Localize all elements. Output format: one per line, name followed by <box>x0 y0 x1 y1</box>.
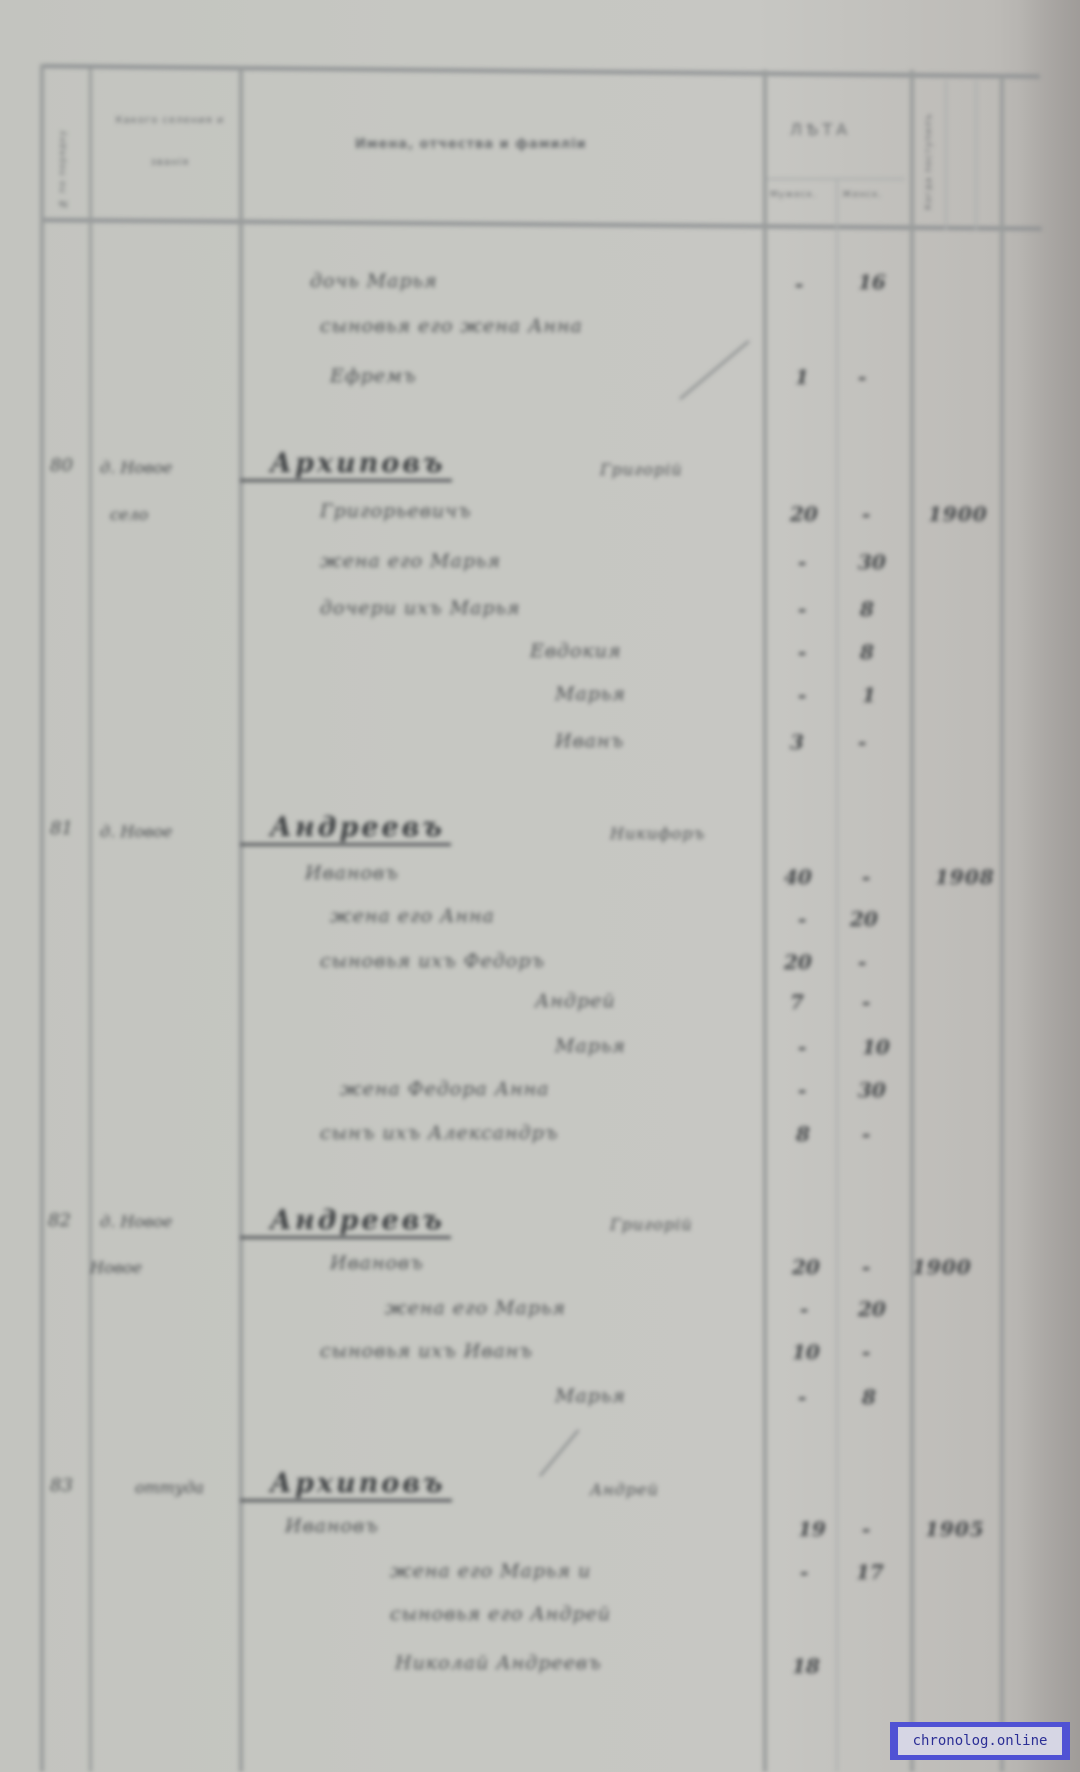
row-number: 83 <box>50 1475 73 1496</box>
female-age: - <box>862 1255 870 1279</box>
entry-line: Марья <box>555 683 626 705</box>
header-ages: ЛѢТА <box>790 120 851 139</box>
female-age: - <box>862 990 870 1014</box>
entry-line: Григорьевичъ <box>320 500 472 522</box>
male-age: - <box>798 597 806 621</box>
header-female: Женск. <box>842 190 882 200</box>
header-name: Имена, отчества и фамиліи <box>355 137 587 152</box>
female-age: - <box>858 730 866 754</box>
row-number: 81 <box>50 818 73 839</box>
female-age: 8 <box>860 597 874 621</box>
male-age: - <box>798 1385 806 1409</box>
entry-line: Ивановъ <box>285 1515 379 1537</box>
female-age: 30 <box>858 1078 886 1102</box>
male-age: - <box>798 683 806 707</box>
col-line-1 <box>89 68 92 1772</box>
row-number: 82 <box>48 1210 71 1231</box>
male-age: 1 <box>795 365 809 389</box>
pen-stroke <box>679 340 749 399</box>
entry-line: сыновья ихъ Иванъ <box>320 1340 533 1362</box>
male-age: - <box>798 1035 806 1059</box>
female-age: 8 <box>860 640 874 664</box>
village-2: Новое <box>90 1258 142 1277</box>
female-age: 30 <box>858 550 886 574</box>
village: д. Новое <box>100 822 172 841</box>
family-name: Андреевъ <box>240 1205 451 1239</box>
header-year: Когда поступилъ <box>924 90 934 210</box>
name-suffix: Григорій <box>600 460 683 479</box>
page-curl-shadow <box>1020 0 1080 1772</box>
male-age: 3 <box>790 730 804 754</box>
entry-line: Ивановъ <box>305 862 399 884</box>
name-suffix: Андрей <box>590 1480 659 1499</box>
year: 1900 <box>912 1255 972 1279</box>
table-top-border <box>40 64 1040 78</box>
entry-line: жена Федора Анна <box>340 1078 550 1100</box>
col-line-6 <box>945 80 947 230</box>
header-village: Какого селения и званія <box>110 100 230 184</box>
col-line-7 <box>975 80 977 230</box>
male-age: 20 <box>790 502 818 526</box>
entry-line: Николай Андреевъ <box>395 1652 602 1674</box>
village-2: село <box>110 505 148 524</box>
name-suffix: Григорій <box>610 1215 693 1234</box>
male-age: - <box>798 550 806 574</box>
watermark-badge: chronolog.online <box>890 1722 1070 1760</box>
family-name: Архиповъ <box>240 1468 452 1502</box>
header-male: Мужеск. <box>770 190 817 200</box>
watermark-text: chronolog.online <box>898 1727 1062 1755</box>
female-age: - <box>862 1122 870 1146</box>
male-age: 7 <box>790 990 804 1014</box>
entry-line: Евдокия <box>530 640 622 662</box>
entry-line: дочь Марья <box>310 270 438 292</box>
female-age: 8 <box>862 1385 876 1409</box>
entry-line: сыновья ихъ Федоръ <box>320 950 545 972</box>
col-line-8 <box>1000 76 1004 1772</box>
male-age: - <box>800 1297 808 1321</box>
entry-line: дочери ихъ Марья <box>320 597 521 619</box>
female-age: 10 <box>862 1035 890 1059</box>
entry-line: Марья <box>555 1035 626 1057</box>
entry-line: жена его Марья <box>385 1297 566 1319</box>
male-age: 19 <box>798 1517 826 1541</box>
col-line-3 <box>763 70 767 1772</box>
header-bottom-border <box>42 218 1042 231</box>
family-name: Андреевъ <box>240 812 451 846</box>
male-age: 18 <box>792 1654 820 1678</box>
pen-stroke <box>539 1429 579 1476</box>
entry-line: Марья <box>555 1385 626 1407</box>
male-age: - <box>800 1560 808 1584</box>
year: 1908 <box>935 865 995 889</box>
female-age: - <box>862 865 870 889</box>
entry-line: Иванъ <box>555 730 624 752</box>
col-line-4 <box>836 178 838 1772</box>
female-age: - <box>858 365 866 389</box>
entry-line: жена его Анна <box>330 905 495 927</box>
male-age: 20 <box>792 1255 820 1279</box>
entry-line: жена его Марья <box>320 550 501 572</box>
female-age: - <box>862 1340 870 1364</box>
village: д. Новое <box>100 1212 172 1231</box>
ages-subheader-line <box>763 178 905 180</box>
male-age: - <box>798 1078 806 1102</box>
entry-line: сынъ ихъ Александръ <box>320 1122 558 1144</box>
male-age: 20 <box>784 950 812 974</box>
entry-line: Андрей <box>535 990 616 1012</box>
female-age: - <box>858 950 866 974</box>
year: 1900 <box>928 502 988 526</box>
village: оттуда <box>135 1478 204 1497</box>
male-age: 8 <box>796 1122 810 1146</box>
male-age: 40 <box>784 865 812 889</box>
village: д. Новое <box>100 458 172 477</box>
male-age: 10 <box>792 1340 820 1364</box>
entry-line: сыновья его жена Анна <box>320 315 583 337</box>
col-line-5 <box>910 70 914 1772</box>
male-age: - <box>795 272 803 296</box>
male-age: - <box>798 640 806 664</box>
ledger-page: № по порядку Какого селения и званія Име… <box>0 0 1080 1772</box>
female-age: 16 <box>858 270 886 294</box>
female-age: - <box>862 502 870 526</box>
col-line-left <box>40 64 44 1772</box>
female-age: 17 <box>856 1560 884 1584</box>
male-age: - <box>798 907 806 931</box>
header-number: № по порядку <box>58 88 68 208</box>
row-number: 80 <box>50 455 73 476</box>
entry-line: Ивановъ <box>330 1252 424 1274</box>
family-name: Архиповъ <box>240 448 452 482</box>
entry-line: сыновья его Андрей <box>390 1603 611 1625</box>
entry-line: Ефремъ <box>330 365 417 387</box>
col-line-2 <box>239 68 243 1772</box>
female-age: 20 <box>858 1297 886 1321</box>
female-age: 1 <box>862 683 876 707</box>
female-age: 20 <box>850 907 878 931</box>
entry-line: жена его Марья и <box>390 1560 591 1582</box>
name-suffix: Никифоръ <box>610 824 705 843</box>
female-age: - <box>862 1517 870 1541</box>
year: 1905 <box>925 1517 985 1541</box>
